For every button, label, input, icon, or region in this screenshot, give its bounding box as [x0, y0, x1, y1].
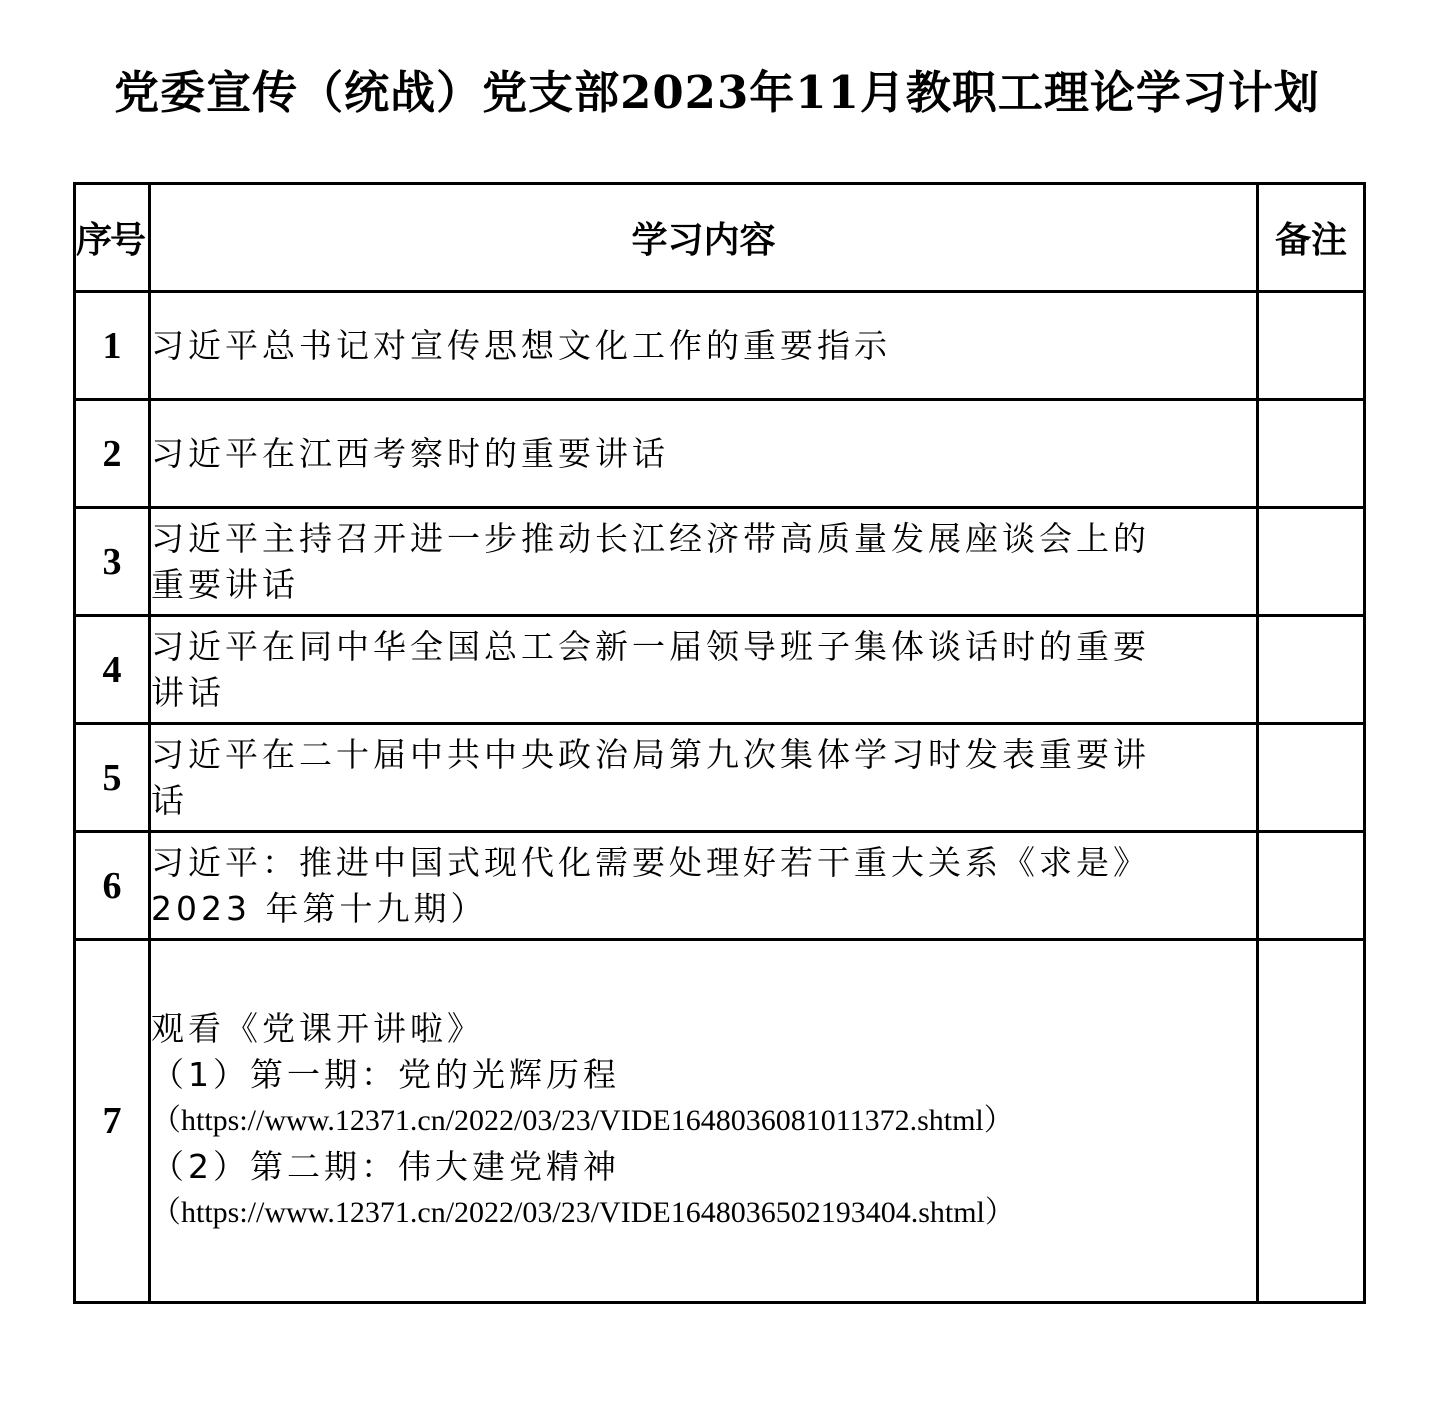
table-row: 6 习近平：推进中国式现代化需要处理好若干重大关系《求是》 2023 年第十九期… [75, 832, 1365, 940]
row-content: 习近平：推进中国式现代化需要处理好若干重大关系《求是》 2023 年第十九期） [150, 832, 1258, 940]
row-number: 6 [75, 832, 150, 940]
row-number: 5 [75, 724, 150, 832]
content-line: 话 [151, 778, 1256, 824]
content-line: 习近平主持召开进一步推动长江经济带高质量发展座谈会上的 [151, 516, 1256, 562]
row-content: 观看《党课开讲啦》 （1）第一期：党的光辉历程 （https://www.123… [150, 940, 1258, 1303]
row-remarks [1258, 832, 1365, 940]
row-number: 3 [75, 508, 150, 616]
row-number: 2 [75, 400, 150, 508]
row-remarks [1258, 724, 1365, 832]
row-remarks [1258, 508, 1365, 616]
episode-2-link[interactable]: （https://www.12371.cn/2022/03/23/VIDE164… [151, 1190, 1256, 1236]
table-row: 5 习近平在二十届中共中央政治局第九次集体学习时发表重要讲 话 [75, 724, 1365, 832]
table-row: 4 习近平在同中华全国总工会新一届领导班子集体谈话时的重要 讲话 [75, 616, 1365, 724]
row-remarks [1258, 940, 1365, 1303]
row-content: 习近平在江西考察时的重要讲话 [150, 400, 1258, 508]
header-study-content: 学习内容 [150, 184, 1258, 292]
table-header-row: 序号 学习内容 备注 [75, 184, 1365, 292]
content-line: 讲话 [151, 670, 1256, 716]
content-line: 习近平：推进中国式现代化需要处理好若干重大关系《求是》 [151, 840, 1256, 886]
episode-1-link[interactable]: （https://www.12371.cn/2022/03/23/VIDE164… [151, 1098, 1256, 1144]
table-row: 3 习近平主持召开进一步推动长江经济带高质量发展座谈会上的 重要讲话 [75, 508, 1365, 616]
episode-1-title: （1）第一期：党的光辉历程 [151, 1052, 1256, 1098]
content-line: 习近平在江西考察时的重要讲话 [151, 431, 1256, 477]
row-number: 7 [75, 940, 150, 1303]
table-row: 1 习近平总书记对宣传思想文化工作的重要指示 [75, 292, 1365, 400]
row-remarks [1258, 616, 1365, 724]
content-line: 重要讲话 [151, 562, 1256, 608]
row-content: 习近平总书记对宣传思想文化工作的重要指示 [150, 292, 1258, 400]
header-serial-number: 序号 [75, 184, 150, 292]
content-line: 观看《党课开讲啦》 [151, 1006, 1256, 1052]
row-remarks [1258, 292, 1365, 400]
table-row: 2 习近平在江西考察时的重要讲话 [75, 400, 1365, 508]
episode-2-title: （2）第二期：伟大建党精神 [151, 1144, 1256, 1190]
content-line: 习近平在二十届中共中央政治局第九次集体学习时发表重要讲 [151, 732, 1256, 778]
row-number: 1 [75, 292, 150, 400]
header-remarks: 备注 [1258, 184, 1365, 292]
content-line: 习近平在同中华全国总工会新一届领导班子集体谈话时的重要 [151, 624, 1256, 670]
row-content: 习近平在二十届中共中央政治局第九次集体学习时发表重要讲 话 [150, 724, 1258, 832]
document-title: 党委宣传（统战）党支部2023年11月教职工理论学习计划 [0, 58, 1434, 128]
row-content: 习近平在同中华全国总工会新一届领导班子集体谈话时的重要 讲话 [150, 616, 1258, 724]
row-number: 4 [75, 616, 150, 724]
content-line: 2023 年第十九期） [151, 886, 1256, 932]
row-content: 习近平主持召开进一步推动长江经济带高质量发展座谈会上的 重要讲话 [150, 508, 1258, 616]
study-plan-table: 序号 学习内容 备注 1 习近平总书记对宣传思想文化工作的重要指示 2 习近平在… [73, 182, 1366, 1304]
table-row: 7 观看《党课开讲啦》 （1）第一期：党的光辉历程 （https://www.1… [75, 940, 1365, 1303]
row-remarks [1258, 400, 1365, 508]
content-line: 习近平总书记对宣传思想文化工作的重要指示 [151, 323, 1256, 369]
